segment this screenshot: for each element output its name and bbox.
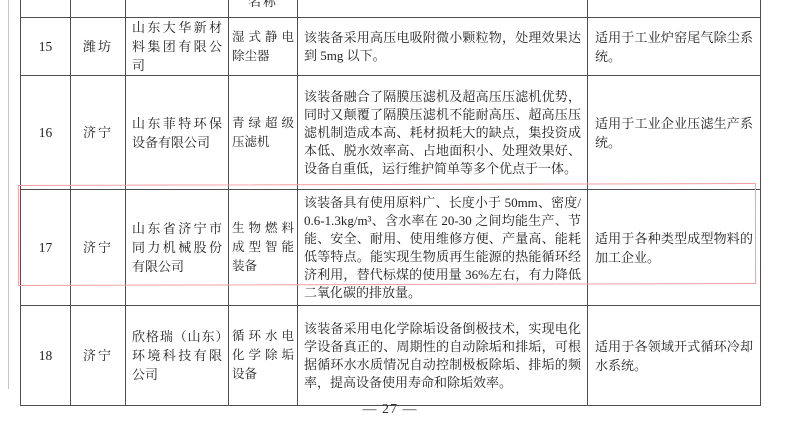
table-row-highlighted: 17 济宁 山东省济宁市同力机械股份有限公司 生物燃料成型智能装备 该装备具有使… xyxy=(21,190,761,306)
header-cell-description xyxy=(298,0,588,18)
header-cell-no xyxy=(21,0,71,18)
cell-description: 该装备融合了隔膜压滤机及超高压压滤机优势，同时又颠覆了隔膜压滤机不能耐高压、超高… xyxy=(298,76,588,190)
document-page: 名称 15 潍坊 山东大华新材料集团有限公司 湿式静电除尘器 该装备采用高压电吸… xyxy=(0,0,800,440)
header-cell-scope xyxy=(588,0,761,18)
cell-equipment: 生物燃料成型智能装备 xyxy=(229,190,298,306)
cell-description: 该装备采用高压电吸附微小颗粒物，处理效果达到 5mg 以下。 xyxy=(298,18,588,76)
table-row: 15 潍坊 山东大华新材料集团有限公司 湿式静电除尘器 该装备采用高压电吸附微小… xyxy=(21,18,761,76)
equipment-table: 名称 15 潍坊 山东大华新材料集团有限公司 湿式静电除尘器 该装备采用高压电吸… xyxy=(20,0,761,406)
cell-scope: 适用于各领域开式循环冷却水系统。 xyxy=(588,306,761,406)
cell-no: 16 xyxy=(21,76,71,190)
clipped-header-text: 名称 xyxy=(229,0,297,17)
header-row-partial: 名称 xyxy=(21,0,761,18)
cell-company: 山东大华新材料集团有限公司 xyxy=(126,18,229,76)
cell-city: 济宁 xyxy=(71,190,126,306)
cell-scope: 适用于工业企业压滤生产系统。 xyxy=(588,76,761,190)
cell-equipment: 青绿超级压滤机 xyxy=(229,76,298,190)
cell-scope: 适用于各种类型成型物料的加工企业。 xyxy=(588,190,761,306)
page-left-rule xyxy=(8,0,9,389)
cell-company: 欣格瑞（山东）环境科技有限公司 xyxy=(126,306,229,406)
cell-equipment: 循环水电化学除垢设备 xyxy=(229,306,298,406)
header-cell-equipment: 名称 xyxy=(229,0,298,18)
cell-description: 该装备采用电化学除垢设备倒极技术，实现电化学设备真正的、周期性的自动除垢和排垢，… xyxy=(298,306,588,406)
page-number: — 27 — xyxy=(20,402,760,418)
cell-no: 15 xyxy=(21,18,71,76)
cell-city: 济宁 xyxy=(71,76,126,190)
cell-city: 潍坊 xyxy=(71,18,126,76)
cell-scope: 适用于工业炉窑尾气除尘系统。 xyxy=(588,18,761,76)
cell-city: 济宁 xyxy=(71,306,126,406)
cell-no: 18 xyxy=(21,306,71,406)
table-row: 16 济宁 山东菲特环保设备有限公司 青绿超级压滤机 该装备融合了隔膜压滤机及超… xyxy=(21,76,761,190)
header-cell-city xyxy=(71,0,126,18)
table-row: 18 济宁 欣格瑞（山东）环境科技有限公司 循环水电化学除垢设备 该装备采用电化… xyxy=(21,306,761,406)
cell-equipment: 湿式静电除尘器 xyxy=(229,18,298,76)
cell-company: 山东菲特环保设备有限公司 xyxy=(126,76,229,190)
cell-description: 该装备具有使用原料广、长度小于 50mm、密度/0.6-1.3kg/m³、含水率… xyxy=(298,190,588,306)
cell-no: 17 xyxy=(21,190,71,306)
header-cell-company xyxy=(126,0,229,18)
cell-company: 山东省济宁市同力机械股份有限公司 xyxy=(126,190,229,306)
